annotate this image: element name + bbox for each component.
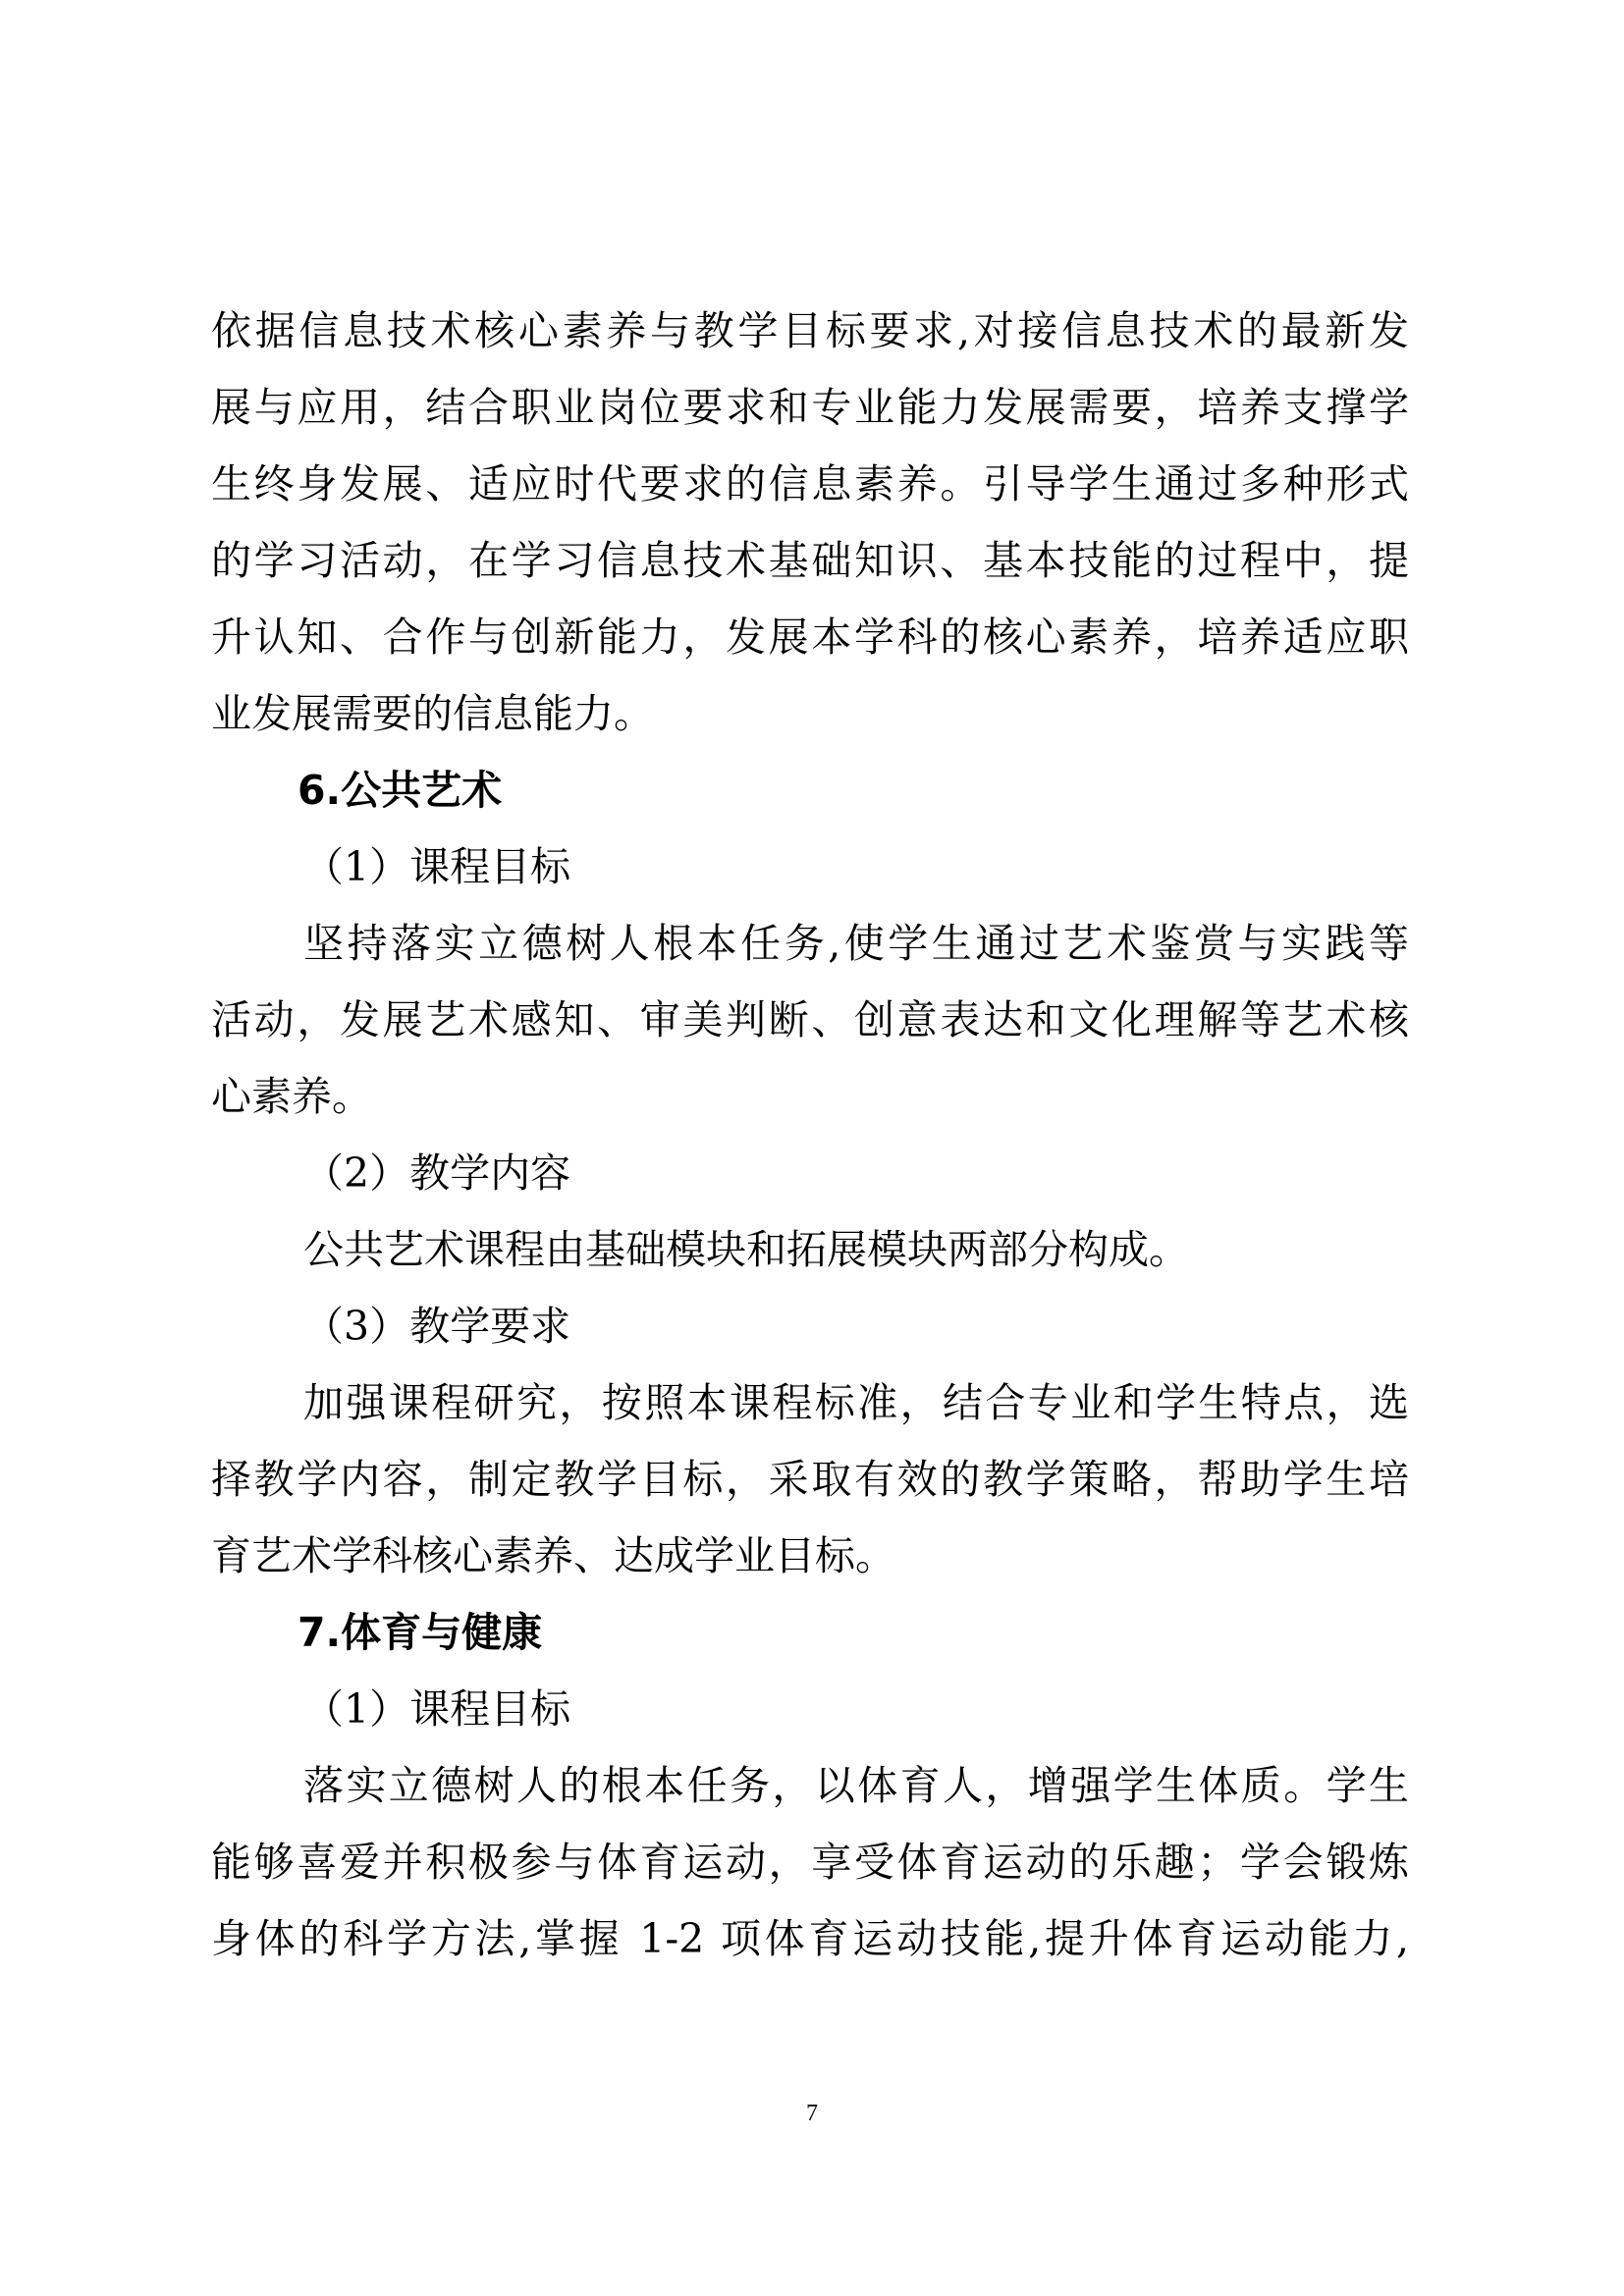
- page-number: 7: [802, 2101, 822, 2127]
- section-heading-pe-health: 7.体育与健康: [298, 1607, 542, 1658]
- paragraph-line: 活动，发展艺术感知、审美判断、创意表达和文化理解等艺术核: [211, 994, 1409, 1045]
- paragraph-line: 展与应用，结合职业岗位要求和专业能力发展需要，培养支撑学: [211, 382, 1409, 433]
- paragraph-line: 落实立德树人的根本任务，以体育人，增强学生体质。学生: [303, 1760, 1409, 1811]
- subheading-teaching-content: （2）教学内容: [303, 1148, 570, 1199]
- subheading-course-objectives: （1）课程目标: [303, 1683, 570, 1735]
- subheading-teaching-requirements: （3）教学要求: [303, 1301, 570, 1352]
- paragraph-line: 升认知、合作与创新能力，发展本学科的核心素养，培养适应职: [211, 612, 1409, 663]
- paragraph-line: 择教学内容，制定教学目标，采取有效的教学策略，帮助学生培: [211, 1454, 1409, 1505]
- paragraph-line: 生终身发展、适应时代要求的信息素养。引导学生通过多种形式: [211, 458, 1409, 509]
- paragraph-line: 能够喜爱并积极参与体育运动，享受体育运动的乐趣；学会锻炼: [211, 1837, 1409, 1888]
- paragraph-line: 公共艺术课程由基础模块和拓展模块两部分构成。: [303, 1224, 1409, 1275]
- subheading-course-objectives: （1）课程目标: [303, 841, 570, 892]
- paragraph-line: 加强课程研究，按照本课程标准，结合专业和学生特点，选: [303, 1377, 1409, 1428]
- paragraph-line: 业发展需要的信息能力。: [211, 688, 1409, 739]
- section-heading-public-art: 6.公共艺术: [298, 765, 502, 816]
- paragraph-line: 依据信息技术核心素养与教学目标要求,对接信息技术的最新发: [211, 305, 1409, 356]
- paragraph-line: 坚持落实立德树人根本任务,使学生通过艺术鉴赏与实践等: [303, 918, 1409, 969]
- document-page: 依据信息技术核心素养与教学目标要求,对接信息技术的最新发 展与应用，结合职业岗位…: [0, 0, 1624, 2296]
- paragraph-line: 的学习活动，在学习信息技术基础知识、基本技能的过程中，提: [211, 535, 1409, 586]
- paragraph-line: 心素养。: [211, 1071, 1409, 1122]
- paragraph-line: 身体的科学方法,掌握 1-2 项体育运动技能,提升体育运动能力,: [211, 1913, 1409, 1964]
- paragraph-line: 育艺术学科核心素养、达成学业目标。: [211, 1530, 1409, 1581]
